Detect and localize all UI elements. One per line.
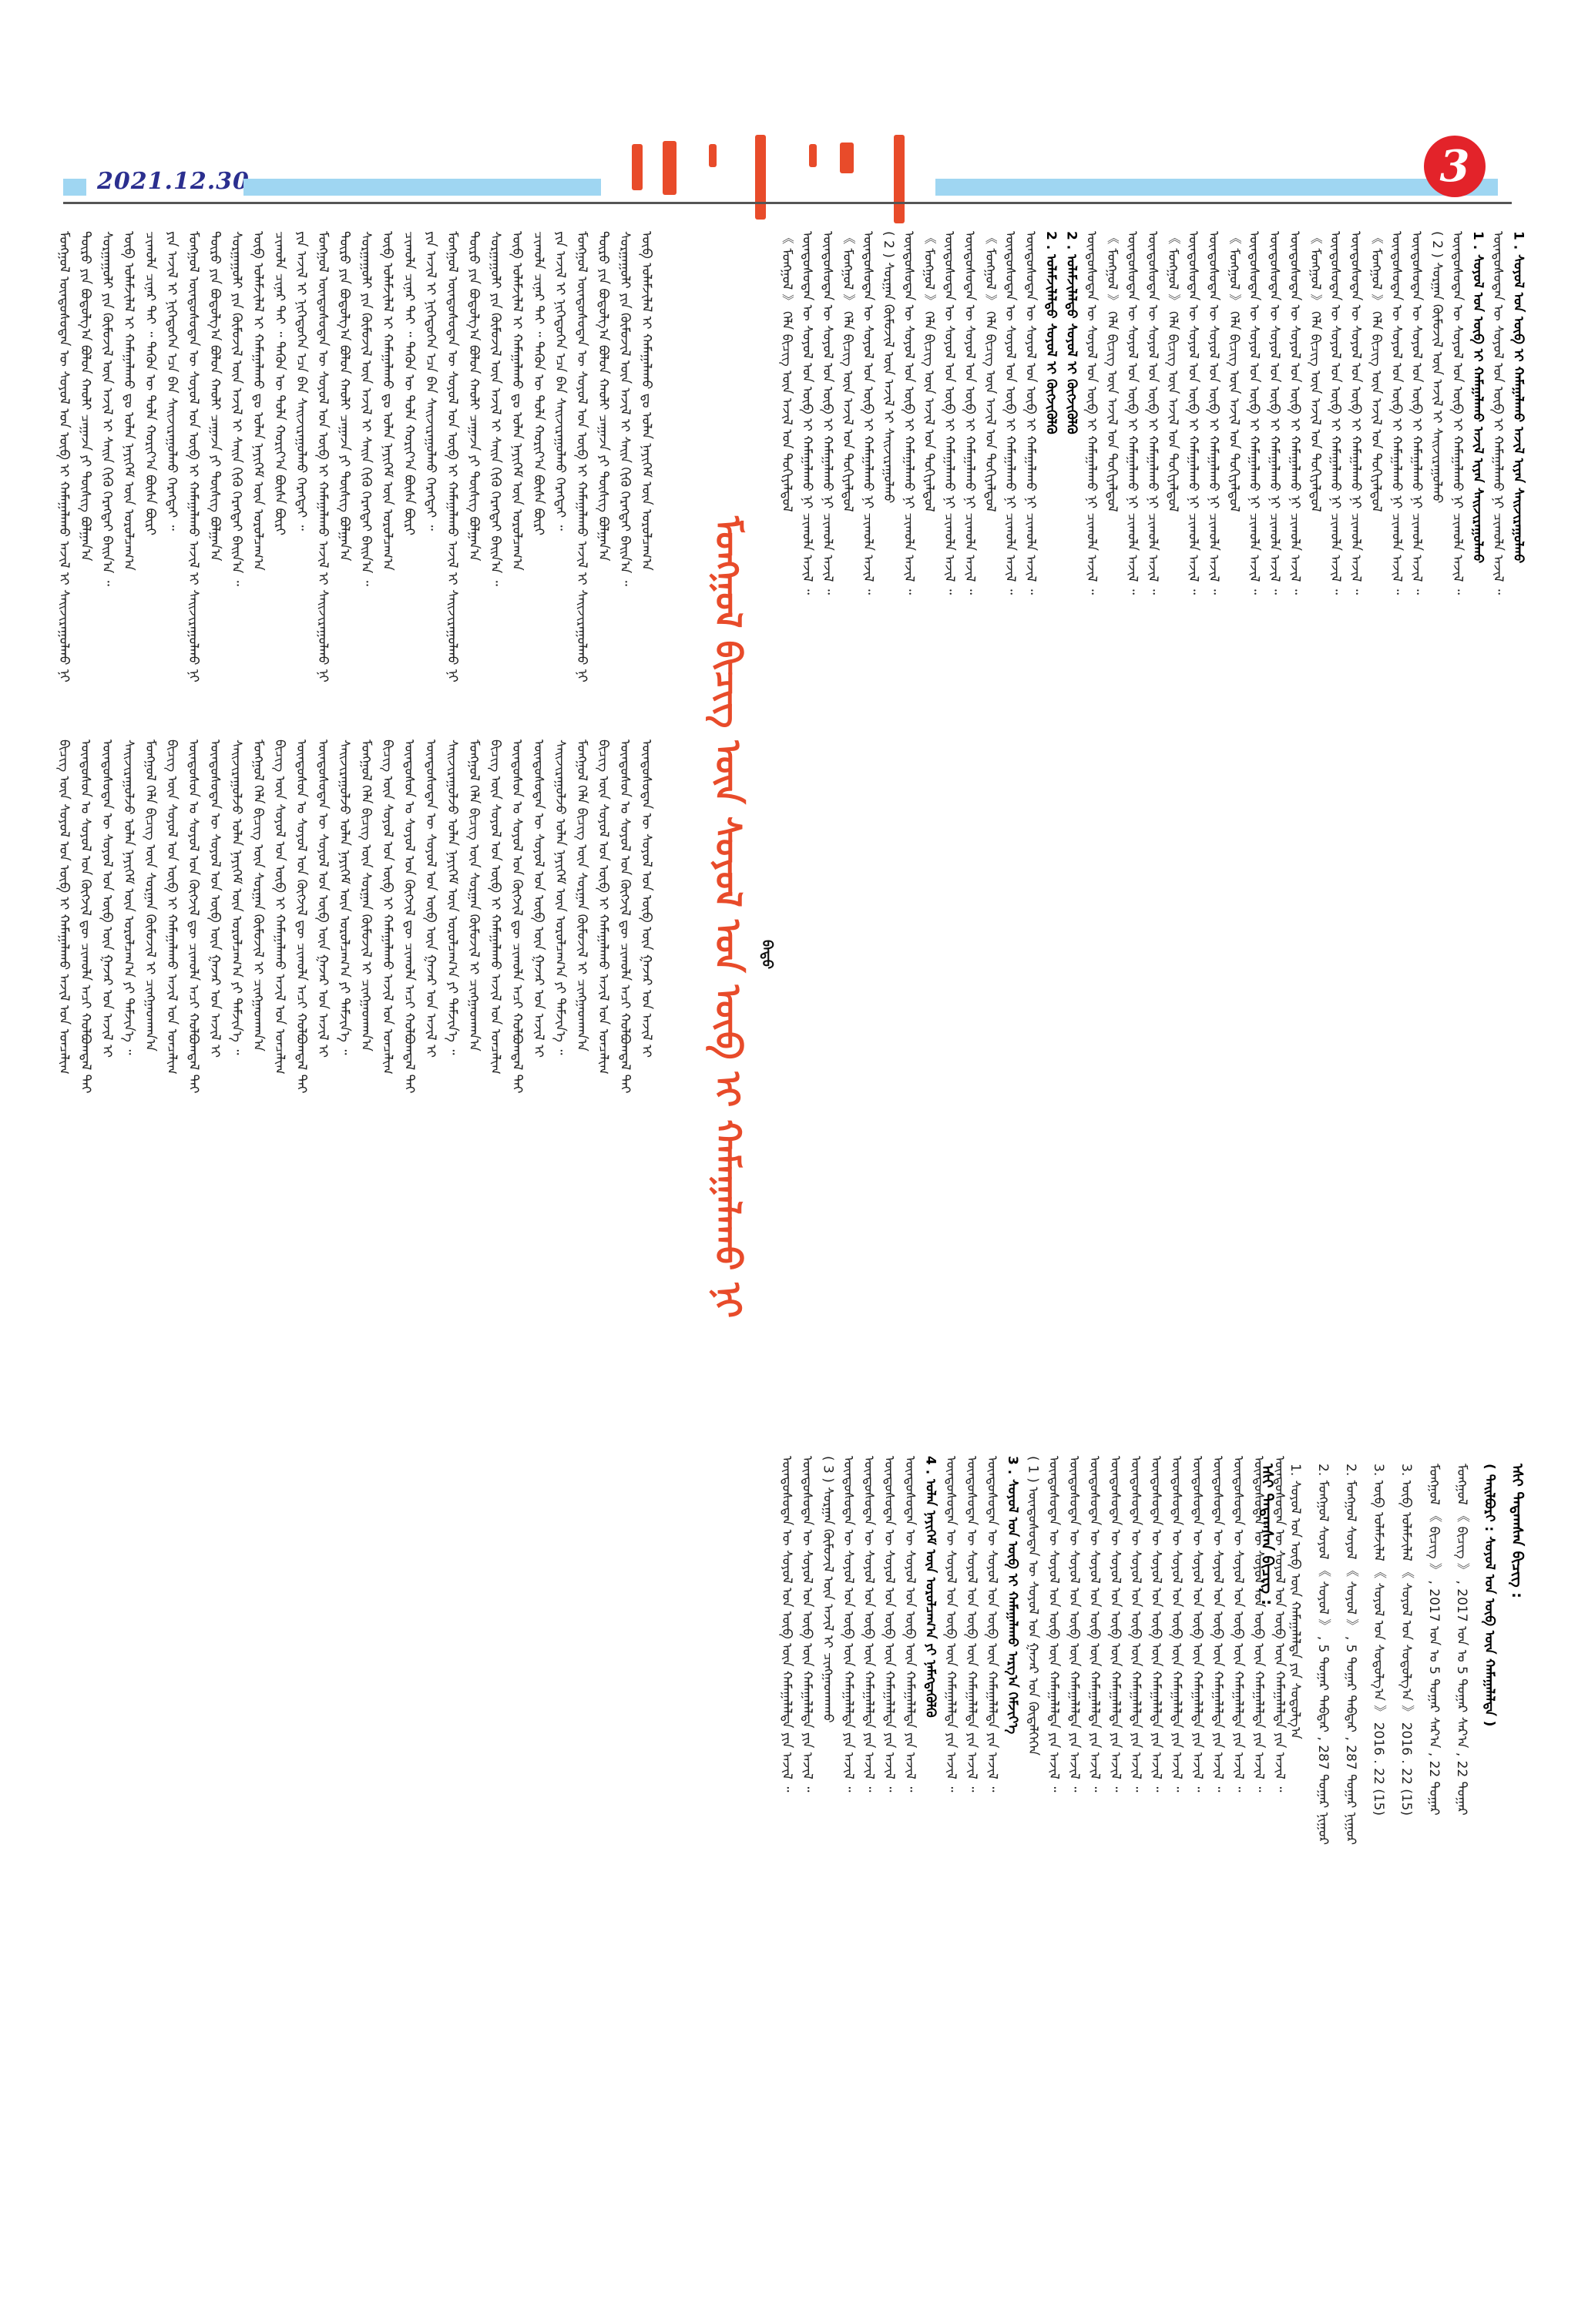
text-column: ᠮᠣᠩᠭᠣᠯ ᠦᠨᠳᠦᠰᠦᠲᠡᠨ ᠦ ᠰᠣᠶᠣᠯ ᠤᠨ ᠥᠪ ᠢ ᠬᠠᠮᠠᠭᠠᠯ… <box>314 231 331 701</box>
text-column: ᠥᠪ ᠤᠯᠠᠮᠵᠢᠯᠠᠯ ᠢ ᠬᠠᠮᠠᠭᠠᠯᠠᠬᠤ ᠳᠤ ᠣᠯᠠᠨ ᠨᠡᠶᠢᠭᠡ… <box>638 231 655 701</box>
text-column: 《 ᠮᠣᠩᠭᠣᠯ 》 ᠬᠡᠯᠡ ᠪᠢᠴᠢᠭ ᠦᠨ ᠠᠵᠢᠯ ᠤᠨ ᠲᠣᠬᠢᠶᠠᠯ… <box>921 231 936 1410</box>
page-number-badge: 3 <box>1424 136 1486 197</box>
text-column: ᠦᠨᠳᠦᠰᠦᠲᠡᠨ ᠦ ᠰᠣᠶᠣᠯ ᠤᠨ ᠥᠪ ᠢ ᠬᠠᠮᠠᠭᠠᠯᠠᠬᠤ ᠨᠢ … <box>961 231 976 1410</box>
text-column: ᠮᠣᠩᠭᠣᠯ ᠦᠨᠳᠦᠰᠦᠲᠡᠨ ᠦ ᠰᠣᠶᠣᠯ ᠤᠨ ᠥᠪ ᠢ ᠬᠠᠮᠠᠭᠠᠯ… <box>55 231 72 701</box>
text-column: ᠴᠢᠬᠤᠯᠠ ᠴᠢᠨᠠᠷ ᠲᠠᠢ ᠃ ᠲᠡᠭᠦᠨ ᠦ ᠲᠤᠯᠠ ᠬᠣᠷᠢᠶ᠎ᠠ … <box>401 231 418 701</box>
article-byline: ᠪᠠᠲᠤ <box>755 940 779 969</box>
text-column: ᠲᠥᠷᠥ ᠶᠢᠨ ᠪᠣᠳᠣᠯᠭ᠎ᠠ ᠪᠣᠯᠤᠨ ᠬᠠᠤᠯᠢ ᠴᠠᠭᠠᠵᠠ ᠶᠢ … <box>465 231 482 701</box>
text-column: ᠦᠨᠳᠦᠰᠦᠲᠡᠨ ᠦ ᠰᠣᠶᠣᠯ ᠤᠨ ᠥᠪ ᠢ ᠬᠠᠮᠠᠭᠠᠯᠠᠬᠤ ᠨᠢ … <box>1408 231 1424 1410</box>
references-heading: ᠡᠰᠢ ᠲᠠᠲᠠᠭᠰᠠᠨ ᠪᠢᠴᠢᠭ : <box>1259 1464 1276 1864</box>
references-subheading: ( ᠲᠠᠢᠯᠪᠤᠷᠢ : ᠰᠣᠶᠣᠯ ᠤᠨ ᠥᠪ ᠦᠨ ᠬᠠᠮᠠᠭᠠᠯᠠᠯᠲᠠ … <box>1481 1464 1498 2034</box>
text-column: 《 ᠮᠣᠩᠭᠣᠯ 》 ᠬᠡᠯᠡ ᠪᠢᠴᠢᠭ ᠦᠨ ᠠᠵᠢᠯ ᠤᠨ ᠲᠣᠬᠢᠶᠠᠯ… <box>1307 231 1322 1410</box>
text-column: ᠦᠨᠳᠦᠰᠦᠲᠡᠨ ᠦ ᠰᠣᠶᠣᠯ ᠤᠨ ᠥᠪ ᠢ ᠬᠠᠮᠠᠭᠠᠯᠠᠬᠤ ᠨᠢ … <box>1388 231 1403 1410</box>
section-heading: 2 . ᠤᠯᠠᠮᠵᠢᠯᠠᠯᠲᠤ ᠰᠣᠶᠣᠯ ᠢ ᠬᠥᠭᠵᠢᠭᠦᠯᠬᠦ <box>1063 231 1078 1410</box>
text-column: ᠥᠪ ᠤᠯᠠᠮᠵᠢᠯᠠᠯ ᠢ ᠬᠠᠮᠠᠭᠠᠯᠠᠬᠤ ᠳᠤ ᠣᠯᠠᠨ ᠨᠡᠶᠢᠭᠡ… <box>379 231 396 701</box>
text-column: ᠪᠢᠴᠢᠭ ᠦᠨ ᠰᠣᠶᠣᠯ ᠤᠨ ᠥᠪ ᠢ ᠬᠠᠮᠠᠭᠠᠯᠠᠬᠤ ᠠᠵᠢᠯ ᠤ… <box>595 739 612 2188</box>
text-column: ᠦᠨᠳᠦᠰᠦᠨ ᠤ ᠰᠣᠶᠣᠯ ᠤᠨ ᠬᠥᠭᠵᠢᠯ ᠳᠦ ᠴᠢᠬᠤᠯᠠ ᠠᠴᠢ … <box>616 739 633 2188</box>
text-column: ᠮᠣᠩᠭᠣᠯ ᠦᠨᠳᠦᠰᠦᠲᠡᠨ ᠦ ᠰᠣᠶᠣᠯ ᠤᠨ ᠥᠪ ᠢ ᠬᠠᠮᠠᠭᠠᠯ… <box>573 231 590 701</box>
text-column: ᠲᠥᠷᠥ ᠶᠢᠨ ᠪᠣᠳᠣᠯᠭ᠎ᠠ ᠪᠣᠯᠤᠨ ᠬᠠᠤᠯᠢ ᠴᠠᠭᠠᠵᠠ ᠶᠢ … <box>336 231 353 701</box>
text-column: ᠦᠨᠳᠦᠰᠦᠲᠡᠨ ᠦ ᠰᠣᠶᠣᠯ ᠤᠨ ᠥᠪ ᠢ ᠬᠠᠮᠠᠭᠠᠯᠠᠬᠤ ᠨᠢ … <box>1185 231 1200 1410</box>
reference-item: 2. ᠮᠣᠩᠭᠣᠯ ᠰᠣᠶᠣᠯ 《 ᠰᠣᠶᠣᠯ 》 , 5 ᠳᠤᠭᠠᠷ ᠳᠡᠪᠲ… <box>1314 1464 1331 2003</box>
text-column: ᠦᠨᠳᠦᠰᠦᠲᠡᠨ ᠦ ᠰᠣᠶᠣᠯ ᠤᠨ ᠥᠪ ᠦᠨ ᠭᠠᠵᠠᠷ ᠤᠨ ᠠᠵᠢᠯ… <box>206 739 223 2188</box>
text-column: ᠮᠣᠩᠭᠣᠯ ᠬᠡᠯᠡ ᠪᠢᠴᠢᠭ ᠦᠨ ᠰᠤᠷᠭᠠᠨ ᠬᠦᠮᠦᠵᠢᠯ ᠢ ᠴᠢ… <box>142 739 159 2188</box>
text-column: ᠦᠨᠳᠦᠰᠦᠲᠡᠨ ᠦ ᠰᠣᠶᠣᠯ ᠤᠨ ᠥᠪ ᠢ ᠬᠠᠮᠠᠭᠠᠯᠠᠬᠤ ᠨᠢ … <box>1449 231 1464 1410</box>
reference-item: 2. ᠮᠣᠩᠭᠣᠯ ᠰᠣᠶᠣᠯ 《 ᠰᠣᠶᠣᠯ 》 , 5 ᠳᠤᠭᠠᠷ ᠳᠡᠪᠲ… <box>1342 1464 1359 2003</box>
text-column: ᠪᠢᠴᠢᠭ ᠦᠨ ᠰᠣᠶᠣᠯ ᠤᠨ ᠥᠪ ᠢ ᠬᠠᠮᠠᠭᠠᠯᠠᠬᠤ ᠠᠵᠢᠯ ᠤ… <box>271 739 288 2188</box>
references-title: ᠡᠰᠢ ᠲᠠᠲᠠᠭᠰᠠᠨ ᠪᠢᠴᠢᠭ : <box>1509 1464 1526 2172</box>
text-column: ᠴᠢᠬᠤᠯᠠ ᠴᠢᠨᠠᠷ ᠲᠠᠢ ᠃ ᠲᠡᠭᠦᠨ ᠦ ᠲᠤᠯᠠ ᠬᠣᠷᠢᠶ᠎ᠠ … <box>530 231 547 701</box>
text-column: ᠰᠤᠷᠭᠠᠭᠤᠯᠢ ᠶᠢᠨ ᠬᠦᠮᠦᠵᠢᠯ ᠦᠨ ᠠᠵᠢᠯ ᠢ ᠰᠠᠢᠨ ᠬᠢᠬ… <box>358 231 374 701</box>
text-column: ᠴᠢᠬᠤᠯᠠ ᠴᠢᠨᠠᠷ ᠲᠠᠢ ᠃ ᠲᠡᠭᠦᠨ ᠦ ᠲᠤᠯᠠ ᠬᠣᠷᠢᠶ᠎ᠠ … <box>271 231 288 701</box>
text-column: ᠦᠨᠳᠦᠰᠦᠲᠡᠨ ᠦ ᠰᠣᠶᠣᠯ ᠤᠨ ᠥᠪ ᠦᠨ ᠬᠠᠮᠠᠭᠠᠯᠠᠯᠲᠠ ᠶ… <box>901 1456 918 2188</box>
header-band-middle <box>243 179 601 196</box>
text-column: ᠦᠨᠳᠦᠰᠦᠨ ᠤ ᠰᠣᠶᠣᠯ ᠤᠨ ᠬᠥᠭᠵᠢᠯ ᠳᠦ ᠴᠢᠬᠤᠯᠠ ᠠᠴᠢ … <box>401 739 418 2188</box>
text-column: ᠮᠣᠩᠭᠣᠯ ᠬᠡᠯᠡ ᠪᠢᠴᠢᠭ ᠦᠨ ᠰᠤᠷᠭᠠᠨ ᠬᠦᠮᠦᠵᠢᠯ ᠢ ᠴᠢ… <box>358 739 374 2188</box>
text-column: ᠥᠪ ᠤᠯᠠᠮᠵᠢᠯᠠᠯ ᠢ ᠬᠠᠮᠠᠭᠠᠯᠠᠬᠤ ᠳᠤ ᠣᠯᠠᠨ ᠨᠡᠶᠢᠭᠡ… <box>250 231 267 701</box>
text-column: ᠴᠢᠬᠤᠯᠠ ᠴᠢᠨᠠᠷ ᠲᠠᠢ ᠃ ᠲᠡᠭᠦᠨ ᠦ ᠲᠤᠯᠠ ᠬᠣᠷᠢᠶ᠎ᠠ … <box>142 231 159 701</box>
text-column: ᠪᠢᠴᠢᠭ ᠦᠨ ᠰᠣᠶᠣᠯ ᠤᠨ ᠥᠪ ᠢ ᠬᠠᠮᠠᠭᠠᠯᠠᠬᠤ ᠠᠵᠢᠯ ᠤ… <box>487 739 504 2188</box>
text-column: ᠥᠪ ᠤᠯᠠᠮᠵᠢᠯᠠᠯ ᠢ ᠬᠠᠮᠠᠭᠠᠯᠠᠬᠤ ᠳᠤ ᠣᠯᠠᠨ ᠨᠡᠶᠢᠭᠡ… <box>120 231 137 701</box>
text-column: ᠶᠢᠨ ᠠᠵᠢᠯ ᠢ ᠨᠢᠭᠡᠳᠦᠭᠡᠨ ᠡᠴᠡ ᠪᠡᠨ ᠰᠠᠢᠵᠢᠷᠠᠭᠤᠯᠬ… <box>422 231 439 701</box>
text-column: ᠰᠠᠢᠵᠢᠷᠠᠭᠤᠯᠵᠤ ᠣᠯᠠᠨ ᠨᠡᠶᠢᠭᠡᠮ ᠦᠨ ᠣᠷᠣᠯᠴᠠᠭ᠎ᠠ ᠶ… <box>552 739 569 2188</box>
text-column: ᠦᠨᠳᠦᠰᠦᠨ ᠤ ᠰᠣᠶᠣᠯ ᠤᠨ ᠬᠥᠭᠵᠢᠯ ᠳᠦ ᠴᠢᠬᠤᠯᠠ ᠠᠴᠢ … <box>509 739 525 2188</box>
text-column: ᠶᠢᠨ ᠠᠵᠢᠯ ᠢ ᠨᠢᠭᠡᠳᠦᠭᠡᠨ ᠡᠴᠡ ᠪᠡᠨ ᠰᠠᠢᠵᠢᠷᠠᠭᠤᠯᠬ… <box>552 231 569 701</box>
text-column: ᠪᠢᠴᠢᠭ ᠦᠨ ᠰᠣᠶᠣᠯ ᠤᠨ ᠥᠪ ᠢ ᠬᠠᠮᠠᠭᠠᠯᠠᠬᠤ ᠠᠵᠢᠯ ᠤ… <box>163 739 180 2188</box>
text-column: ᠦᠨᠳᠦᠰᠦᠲᠡᠨ ᠦ ᠰᠣᠶᠣᠯ ᠤᠨ ᠥᠪ ᠢ ᠬᠠᠮᠠᠭᠠᠯᠠᠬᠤ ᠨᠢ … <box>1489 231 1505 1410</box>
text-column: ᠦᠨᠳᠦᠰᠦᠲᠡᠨ ᠦ ᠰᠣᠶᠣᠯ ᠤᠨ ᠥᠪ ᠢ ᠬᠠᠮᠠᠭᠠᠯᠠᠬᠤ ᠨᠢ … <box>941 231 956 1410</box>
text-column: ᠦᠨᠳᠦᠰᠦᠨ ᠤ ᠰᠣᠶᠣᠯ ᠤᠨ ᠬᠥᠭᠵᠢᠯ ᠳᠦ ᠴᠢᠬᠤᠯᠠ ᠠᠴᠢ … <box>293 739 310 2188</box>
reference-item: ᠮᠣᠩᠭᠣᠯ 《 ᠪᠢᠴᠢᠭ 》 , 2017 ᠣᠨ ᠤ 5 ᠳᠤᠭᠠᠷ ᠰᠠᠷ… <box>1425 1464 1442 2049</box>
text-column: ᠲᠥᠷᠥ ᠶᠢᠨ ᠪᠣᠳᠣᠯᠭ᠎ᠠ ᠪᠣᠯᠤᠨ ᠬᠠᠤᠯᠢ ᠴᠠᠭᠠᠵᠠ ᠶᠢ … <box>206 231 223 701</box>
text-column: ᠦᠨᠳᠦᠰᠦᠲᠡᠨ ᠦ ᠰᠣᠶᠣᠯ ᠤᠨ ᠥᠪ ᠦᠨ ᠭᠠᠵᠠᠷ ᠤᠨ ᠠᠵᠢᠯ… <box>422 739 439 2188</box>
text-column: ᠰᠤᠷᠭᠠᠭᠤᠯᠢ ᠶᠢᠨ ᠬᠦᠮᠦᠵᠢᠯ ᠦᠨ ᠠᠵᠢᠯ ᠢ ᠰᠠᠢᠨ ᠬᠢᠬ… <box>616 231 633 701</box>
text-column: 《 ᠮᠣᠩᠭᠣᠯ 》 ᠬᠡᠯᠡ ᠪᠢᠴᠢᠭ ᠦᠨ ᠠᠵᠢᠯ ᠤᠨ ᠲᠣᠬᠢᠶᠠᠯ… <box>839 231 854 1410</box>
reference-item: 3. ᠥᠪ ᠤᠯᠠᠮᠵᠢᠯᠠᠯ 《 ᠰᠣᠶᠣᠯ ᠤᠨ ᠰᠤᠳᠤᠯᠭ᠎ᠠ 》 20… <box>1398 1464 1415 2003</box>
text-column: ᠰᠤᠷᠭᠠᠭᠤᠯᠢ ᠶᠢᠨ ᠬᠦᠮᠦᠵᠢᠯ ᠦᠨ ᠠᠵᠢᠯ ᠢ ᠰᠠᠢᠨ ᠬᠢᠬ… <box>228 231 245 701</box>
text-column: ᠮᠣᠩᠭᠣᠯ ᠬᠡᠯᠡ ᠪᠢᠴᠢᠭ ᠦᠨ ᠰᠤᠷᠭᠠᠨ ᠬᠦᠮᠦᠵᠢᠯ ᠢ ᠴᠢ… <box>465 739 482 2188</box>
text-column: ᠦᠨᠳᠦᠰᠦᠲᠡᠨ ᠦ ᠰᠣᠶᠣᠯ ᠤᠨ ᠥᠪ ᠦᠨ ᠬᠠᠮᠠᠭᠠᠯᠠᠯᠲᠠ ᠶ… <box>861 1456 877 2188</box>
text-column: ᠶᠢᠨ ᠠᠵᠢᠯ ᠢ ᠨᠢᠭᠡᠳᠦᠭᠡᠨ ᠡᠴᠡ ᠪᠡᠨ ᠰᠠᠢᠵᠢᠷᠠᠭᠤᠯᠬ… <box>163 231 180 701</box>
text-column: ᠰᠠᠢᠵᠢᠷᠠᠭᠤᠯᠵᠤ ᠣᠯᠠᠨ ᠨᠡᠶᠢᠭᠡᠮ ᠦᠨ ᠣᠷᠣᠯᠴᠠᠭ᠎ᠠ ᠶ… <box>228 739 245 2188</box>
text-column: 《 ᠮᠣᠩᠭᠣᠯ 》 ᠬᠡᠯᠡ ᠪᠢᠴᠢᠭ ᠦᠨ ᠠᠵᠢᠯ ᠤᠨ ᠲᠣᠬᠢᠶᠠᠯ… <box>1368 231 1383 1410</box>
text-column: ᠦᠨᠳᠦᠰᠦᠲᠡᠨ ᠦ ᠰᠣᠶᠣᠯ ᠤᠨ ᠥᠪ ᠢ ᠬᠠᠮᠠᠭᠠᠯᠠᠬᠤ ᠨᠢ … <box>1083 231 1099 1410</box>
text-column: ᠥᠪ ᠤᠯᠠᠮᠵᠢᠯᠠᠯ ᠢ ᠬᠠᠮᠠᠭᠠᠯᠠᠬᠤ ᠳᠤ ᠣᠯᠠᠨ ᠨᠡᠶᠢᠭᠡ… <box>509 231 525 701</box>
text-column: ᠮᠣᠩᠭᠣᠯ ᠦᠨᠳᠦᠰᠦᠲᠡᠨ ᠦ ᠰᠣᠶᠣᠯ ᠤᠨ ᠥᠪ ᠢ ᠬᠠᠮᠠᠭᠠᠯ… <box>185 231 202 701</box>
references-block: ᠡᠰᠢ ᠲᠠᠲᠠᠭᠰᠠᠨ ᠪᠢᠴᠢᠭ : 1. ᠰᠣᠶᠣᠯ ᠤᠨ ᠥᠪ ᠦᠨ ᠬ… <box>955 1464 1526 2195</box>
text-column: ᠦᠨᠳᠦᠰᠦᠲᠡᠨ ᠦ ᠰᠣᠶᠣᠯ ᠤᠨ ᠥᠪ ᠦᠨ ᠬᠠᠮᠠᠭᠠᠯᠠᠯᠲᠠ ᠶ… <box>778 1456 794 2188</box>
section-heading: 4 . ᠣᠯᠠᠨ ᠨᠡᠶᠢᠭᠡᠮ ᠦᠨ ᠣᠷᠣᠯᠴᠠᠭ᠎ᠠ ᠶᠢ ᠨᠡᠮᠡᠭᠳᠡ… <box>922 1456 938 2188</box>
text-column: 《 ᠮᠣᠩᠭᠣᠯ 》 ᠬᠡᠯᠡ ᠪᠢᠴᠢᠭ ᠦᠨ ᠠᠵᠢᠯ ᠤᠨ ᠲᠣᠬᠢᠶᠠᠯ… <box>1225 231 1241 1410</box>
text-column: ᠦᠨᠳᠦᠰᠦᠲᠡᠨ ᠦ ᠰᠣᠶᠣᠯ ᠤᠨ ᠥᠪ ᠦᠨ ᠭᠠᠵᠠᠷ ᠤᠨ ᠠᠵᠢᠯ… <box>99 739 116 2188</box>
text-column: 《 ᠮᠣᠩᠭᠣᠯ 》 ᠬᠡᠯᠡ ᠪᠢᠴᠢᠭ ᠦᠨ ᠠᠵᠢᠯ ᠤᠨ ᠲᠣᠬᠢᠶᠠᠯ… <box>778 231 794 1410</box>
text-column: ᠶᠢᠨ ᠠᠵᠢᠯ ᠢ ᠨᠢᠭᠡᠳᠦᠭᠡᠨ ᠡᠴᠡ ᠪᠡᠨ ᠰᠠᠢᠵᠢᠷᠠᠭᠤᠯᠬ… <box>293 231 310 701</box>
reference-item: 3. ᠥᠪ ᠤᠯᠠᠮᠵᠢᠯᠠᠯ 《 ᠰᠣᠶᠣᠯ ᠤᠨ ᠰᠤᠳᠤᠯᠭ᠎ᠠ 》 20… <box>1370 1464 1387 2003</box>
left-top-text-block: ᠮᠣᠩᠭᠣᠯ ᠦᠨᠳᠦᠰᠦᠲᠡᠨ ᠦ ᠰᠣᠶᠣᠯ ᠤᠨ ᠥᠪ ᠢ ᠬᠠᠮᠠᠭᠠᠯ… <box>55 231 664 701</box>
text-column: 《 ᠮᠣᠩᠭᠣᠯ 》 ᠬᠡᠯᠡ ᠪᠢᠴᠢᠭ ᠦᠨ ᠠᠵᠢᠯ ᠤᠨ ᠲᠣᠬᠢᠶᠠᠯ… <box>1164 231 1180 1410</box>
header-band-left <box>63 179 86 196</box>
article-headline: ᠮᠣᠩᠭᠣᠯ ᠪᠢᠴᠢᠭ ᠦᠨ ᠰᠣᠶᠣᠯ ᠤᠨ ᠥᠪ ᠢ ᠬᠠᠮᠠᠭᠠᠯᠠᠬᠤ… <box>697 370 759 1464</box>
text-column: ᠦᠨᠳᠦᠰᠦᠲᠡᠨ ᠦ ᠰᠣᠶᠣᠯ ᠤᠨ ᠥᠪ ᠦᠨ ᠬᠠᠮᠠᠭᠠᠯᠠᠯᠲᠠ ᠶ… <box>799 1456 815 2188</box>
right-top-text-block: 《 ᠮᠣᠩᠭᠣᠯ 》 ᠬᠡᠯᠡ ᠪᠢᠴᠢᠭ ᠦᠨ ᠠᠵᠢᠯ ᠤᠨ ᠲᠣᠬᠢᠶᠠᠯ… <box>778 231 1526 1410</box>
text-column: ᠦᠨᠳᠦᠰᠦᠲᠡᠨ ᠦ ᠰᠣᠶᠣᠯ ᠤᠨ ᠥᠪ ᠢ ᠬᠠᠮᠠᠭᠠᠯᠠᠬᠤ ᠨᠢ … <box>1266 231 1281 1410</box>
text-column: ᠦᠨᠳᠦᠰᠦᠲᠡᠨ ᠦ ᠰᠣᠶᠣᠯ ᠤᠨ ᠥᠪ ᠢ ᠬᠠᠮᠠᠭᠠᠯᠠᠬᠤ ᠨᠢ … <box>1246 231 1261 1410</box>
text-column: ᠦᠨᠳᠦᠰᠦᠲᠡᠨ ᠦ ᠰᠣᠶᠣᠯ ᠤᠨ ᠥᠪ ᠢ ᠬᠠᠮᠠᠭᠠᠯᠠᠬᠤ ᠨᠢ … <box>1022 231 1038 1410</box>
text-column: ᠰᠠᠢᠵᠢᠷᠠᠭᠤᠯᠵᠤ ᠣᠯᠠᠨ ᠨᠡᠶᠢᠭᠡᠮ ᠦᠨ ᠣᠷᠣᠯᠴᠠᠭ᠎ᠠ ᠶ… <box>444 739 461 2188</box>
page-header: 2021.12.30 3 <box>0 0 1578 216</box>
text-column: 《 ᠮᠣᠩᠭᠣᠯ 》 ᠬᠡᠯᠡ ᠪᠢᠴᠢᠭ ᠦᠨ ᠠᠵᠢᠯ ᠤᠨ ᠲᠣᠬᠢᠶᠠᠯ… <box>1103 231 1119 1410</box>
text-column: ᠦᠨᠳᠦᠰᠦᠲᠡᠨ ᠦ ᠰᠣᠶᠣᠯ ᠤᠨ ᠥᠪ ᠢ ᠬᠠᠮᠠᠭᠠᠯᠠᠬᠤ ᠨᠢ … <box>900 231 915 1410</box>
text-column: ( 3 ) ᠰᠤᠷᠭᠠᠨ ᠬᠦᠮᠦᠵᠢᠯ ᠦᠨ ᠠᠵᠢᠯ ᠢ ᠴᠢᠩᠭᠠᠳᠬᠠᠬ… <box>819 1456 835 2188</box>
text-column: ᠪᠢᠴᠢᠭ ᠦᠨ ᠰᠣᠶᠣᠯ ᠤᠨ ᠥᠪ ᠢ ᠬᠠᠮᠠᠭᠠᠯᠠᠬᠤ ᠠᠵᠢᠯ ᠤ… <box>55 739 72 2188</box>
text-column: ( 2 ) ᠰᠤᠷᠭᠠᠨ ᠬᠦᠮᠦᠵᠢᠯ ᠦᠨ ᠠᠵᠢᠯ ᠢ ᠰᠠᠢᠵᠢᠷᠠᠭᠤ… <box>880 231 895 1410</box>
text-column: ᠲᠥᠷᠥ ᠶᠢᠨ ᠪᠣᠳᠣᠯᠭ᠎ᠠ ᠪᠣᠯᠤᠨ ᠬᠠᠤᠯᠢ ᠴᠠᠭᠠᠵᠠ ᠶᠢ … <box>77 231 94 701</box>
text-column: ᠲᠥᠷᠥ ᠶᠢᠨ ᠪᠣᠳᠣᠯᠭ᠎ᠠ ᠪᠣᠯᠤᠨ ᠬᠠᠤᠯᠢ ᠴᠠᠭᠠᠵᠠ ᠶᠢ … <box>595 231 612 701</box>
section-heading: 2 . ᠤᠯᠠᠮᠵᠢᠯᠠᠯᠲᠤ ᠰᠣᠶᠣᠯ ᠢ ᠬᠥᠭᠵᠢᠭᠦᠯᠬᠦ <box>1042 231 1058 1410</box>
text-column: ᠦᠨᠳᠦᠰᠦᠨ ᠤ ᠰᠣᠶᠣᠯ ᠤᠨ ᠬᠥᠭᠵᠢᠯ ᠳᠦ ᠴᠢᠬᠤᠯᠠ ᠠᠴᠢ … <box>77 739 94 2188</box>
text-column: ᠦᠨᠳᠦᠰᠦᠲᠡᠨ ᠦ ᠰᠣᠶᠣᠯ ᠤᠨ ᠥᠪ ᠢ ᠬᠠᠮᠠᠭᠠᠯᠠᠬᠤ ᠨᠢ … <box>1205 231 1220 1410</box>
text-column: ᠦᠨᠳᠦᠰᠦᠲᠡᠨ ᠦ ᠰᠣᠶᠣᠯ ᠤᠨ ᠥᠪ ᠢ ᠬᠠᠮᠠᠭᠠᠯᠠᠬᠤ ᠨᠢ … <box>1327 231 1342 1410</box>
text-column: ᠦᠨᠳᠦᠰᠦᠲᠡᠨ ᠦ ᠰᠣᠶᠣᠯ ᠤᠨ ᠥᠪ ᠦᠨ ᠬᠠᠮᠠᠭᠠᠯᠠᠯᠲᠠ ᠶ… <box>881 1456 897 2188</box>
header-rule <box>63 202 1512 204</box>
text-column: ᠦᠨᠳᠦᠰᠦᠲᠡᠨ ᠦ ᠰᠣᠶᠣᠯ ᠤᠨ ᠥᠪ ᠢ ᠬᠠᠮᠠᠭᠠᠯᠠᠬᠤ ᠨᠢ … <box>798 231 814 1410</box>
text-column: ᠦᠨᠳᠦᠰᠦᠲᠡᠨ ᠦ ᠰᠣᠶᠣᠯ ᠤᠨ ᠥᠪ ᠢ ᠬᠠᠮᠠᠭᠠᠯᠠᠬᠤ ᠨᠢ … <box>1348 231 1363 1410</box>
text-column: ᠰᠠᠢᠵᠢᠷᠠᠭᠤᠯᠵᠤ ᠣᠯᠠᠨ ᠨᠡᠶᠢᠭᠡᠮ ᠦᠨ ᠣᠷᠣᠯᠴᠠᠭ᠎ᠠ ᠶ… <box>336 739 353 2188</box>
text-column: ᠰᠤᠷᠭᠠᠭᠤᠯᠢ ᠶᠢᠨ ᠬᠦᠮᠦᠵᠢᠯ ᠦᠨ ᠠᠵᠢᠯ ᠢ ᠰᠠᠢᠨ ᠬᠢᠬ… <box>487 231 504 701</box>
text-column: ᠦᠨᠳᠦᠰᠦᠲᠡᠨ ᠦ ᠰᠣᠶᠣᠯ ᠤᠨ ᠥᠪ ᠢ ᠬᠠᠮᠠᠭᠠᠯᠠᠬᠤ ᠨᠢ … <box>1286 231 1301 1410</box>
text-column: ᠦᠨᠳᠦᠰᠦᠲᠡᠨ ᠦ ᠰᠣᠶᠣᠯ ᠤᠨ ᠥᠪ ᠢ ᠬᠠᠮᠠᠭᠠᠯᠠᠬᠤ ᠨᠢ … <box>819 231 834 1410</box>
text-column: ᠦᠨᠳᠦᠰᠦᠲᠡᠨ ᠦ ᠰᠣᠶᠣᠯ ᠤᠨ ᠥᠪ ᠢ ᠬᠠᠮᠠᠭᠠᠯᠠᠬᠤ ᠨᠢ … <box>1144 231 1160 1410</box>
issue-date: 2021.12.30 <box>97 168 250 195</box>
text-column: ᠦᠨᠳᠦᠰᠦᠲᠡᠨ ᠦ ᠰᠣᠶᠣᠯ ᠤᠨ ᠥᠪ ᠢ ᠬᠠᠮᠠᠭᠠᠯᠠᠬᠤ ᠨᠢ … <box>860 231 875 1410</box>
text-column: ᠦᠨᠳᠦᠰᠦᠲᠡᠨ ᠦ ᠰᠣᠶᠣᠯ ᠤᠨ ᠥᠪ ᠢ ᠬᠠᠮᠠᠭᠠᠯᠠᠬᠤ ᠨᠢ … <box>1123 231 1139 1410</box>
text-column: ᠦᠨᠳᠦᠰᠦᠲᠡᠨ ᠦ ᠰᠣᠶᠣᠯ ᠤᠨ ᠥᠪ ᠦᠨ ᠭᠠᠵᠠᠷ ᠤᠨ ᠠᠵᠢᠯ… <box>638 739 655 2188</box>
text-column: 《 ᠮᠣᠩᠭᠣᠯ 》 ᠬᠡᠯᠡ ᠪᠢᠴᠢᠭ ᠦᠨ ᠠᠵᠢᠯ ᠤᠨ ᠲᠣᠬᠢᠶᠠᠯ… <box>982 231 997 1410</box>
text-column: ᠦᠨᠳᠦᠰᠦᠲᠡᠨ ᠦ ᠰᠣᠶᠣᠯ ᠤᠨ ᠥᠪ ᠢ ᠬᠠᠮᠠᠭᠠᠯᠠᠬᠤ ᠨᠢ … <box>1002 231 1017 1410</box>
section-heading: 1 . ᠰᠣᠶᠣᠯ ᠤᠨ ᠥᠪ ᠢ ᠬᠠᠮᠠᠭᠠᠯᠠᠬᠤ ᠠᠵᠢᠯ ᠢᠶᠠᠨ ᠰ… <box>1510 231 1526 1410</box>
text-column: ( 2 ) ᠰᠤᠷᠭᠠᠨ ᠬᠦᠮᠦᠵᠢᠯ ᠦᠨ ᠠᠵᠢᠯ ᠢ ᠰᠠᠢᠵᠢᠷᠠᠭᠤ… <box>1429 231 1444 1410</box>
text-column: ᠮᠣᠩᠭᠣᠯ ᠬᠡᠯᠡ ᠪᠢᠴᠢᠭ ᠦᠨ ᠰᠤᠷᠭᠠᠨ ᠬᠦᠮᠦᠵᠢᠯ ᠢ ᠴᠢ… <box>250 739 267 2188</box>
reference-item: ᠮᠣᠩᠭᠣᠯ 《 ᠪᠢᠴᠢᠭ 》 , 2017 ᠣᠨ ᠤ 5 ᠳᠤᠭᠠᠷ ᠰᠠᠷ… <box>1453 1464 1470 2049</box>
text-column: ᠦᠨᠳᠦᠰᠦᠨ ᠤ ᠰᠣᠶᠣᠯ ᠤᠨ ᠬᠥᠭᠵᠢᠯ ᠳᠦ ᠴᠢᠬᠤᠯᠠ ᠠᠴᠢ … <box>185 739 202 2188</box>
text-column: ᠦᠨᠳᠦᠰᠦᠲᠡᠨ ᠦ ᠰᠣᠶᠣᠯ ᠤᠨ ᠥᠪ ᠦᠨ ᠭᠠᠵᠠᠷ ᠤᠨ ᠠᠵᠢᠯ… <box>314 739 331 2188</box>
header-band-right <box>935 179 1498 196</box>
text-column: ᠦᠨᠳᠦᠰᠦᠲᠡᠨ ᠦ ᠰᠣᠶᠣᠯ ᠤᠨ ᠥᠪ ᠦᠨ ᠭᠠᠵᠠᠷ ᠤᠨ ᠠᠵᠢᠯ… <box>530 739 547 2188</box>
left-bottom-text-block: ᠪᠢᠴᠢᠭ ᠦᠨ ᠰᠣᠶᠣᠯ ᠤᠨ ᠥᠪ ᠢ ᠬᠠᠮᠠᠭᠠᠯᠠᠬᠤ ᠠᠵᠢᠯ ᠤ… <box>55 739 664 2188</box>
reference-item: 1. ᠰᠣᠶᠣᠯ ᠤᠨ ᠥᠪ ᠦᠨ ᠬᠠᠮᠠᠭᠠᠯᠠᠯᠲᠠ ᠶᠢᠨ ᠰᠤᠳᠤᠯᠭ… <box>1287 1464 1304 1941</box>
text-column: ᠦᠨᠳᠦᠰᠦᠲᠡᠨ ᠦ ᠰᠣᠶᠣᠯ ᠤᠨ ᠥᠪ ᠦᠨ ᠬᠠᠮᠠᠭᠠᠯᠠᠯᠲᠠ ᠶ… <box>840 1456 856 2188</box>
text-column: ᠮᠣᠩᠭᠣᠯ ᠦᠨᠳᠦᠰᠦᠲᠡᠨ ᠦ ᠰᠣᠶᠣᠯ ᠤᠨ ᠥᠪ ᠢ ᠬᠠᠮᠠᠭᠠᠯ… <box>444 231 461 701</box>
masthead-title <box>632 135 940 227</box>
section-heading: 1 . ᠰᠣᠶᠣᠯ ᠤᠨ ᠥᠪ ᠢ ᠬᠠᠮᠠᠭᠠᠯᠠᠬᠤ ᠠᠵᠢᠯ ᠢᠶᠠᠨ ᠰ… <box>1469 231 1485 1410</box>
text-column: ᠪᠢᠴᠢᠭ ᠦᠨ ᠰᠣᠶᠣᠯ ᠤᠨ ᠥᠪ ᠢ ᠬᠠᠮᠠᠭᠠᠯᠠᠬᠤ ᠠᠵᠢᠯ ᠤ… <box>379 739 396 2188</box>
text-column: ᠰᠤᠷᠭᠠᠭᠤᠯᠢ ᠶᠢᠨ ᠬᠦᠮᠦᠵᠢᠯ ᠦᠨ ᠠᠵᠢᠯ ᠢ ᠰᠠᠢᠨ ᠬᠢᠬ… <box>99 231 116 701</box>
text-column: ᠮᠣᠩᠭᠣᠯ ᠬᠡᠯᠡ ᠪᠢᠴᠢᠭ ᠦᠨ ᠰᠤᠷᠭᠠᠨ ᠬᠦᠮᠦᠵᠢᠯ ᠢ ᠴᠢ… <box>573 739 590 2188</box>
text-column: ᠰᠠᠢᠵᠢᠷᠠᠭᠤᠯᠵᠤ ᠣᠯᠠᠨ ᠨᠡᠶᠢᠭᠡᠮ ᠦᠨ ᠣᠷᠣᠯᠴᠠᠭ᠎ᠠ ᠶ… <box>120 739 137 2188</box>
